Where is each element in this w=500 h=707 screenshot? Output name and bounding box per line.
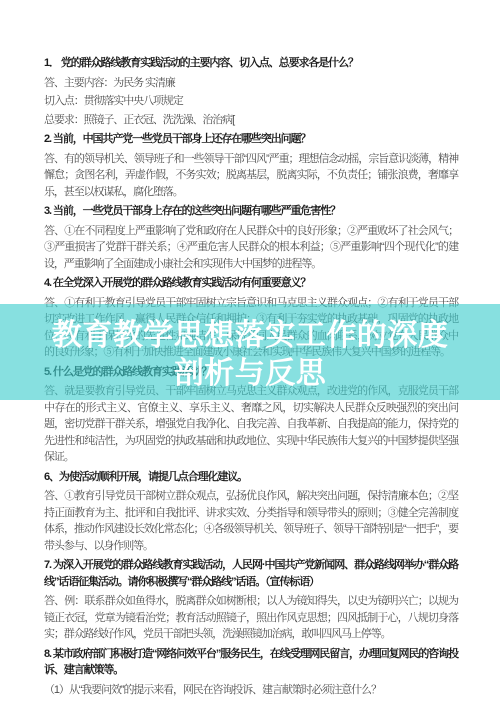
qa-block-4: 4. 在全党深入开展党的群众路线教育实践活动有何重要意义？ 答、①有利于教育引导…	[44, 275, 458, 361]
answer-5: 答、就是要教育引导党员、干部牢固树立马克思主义群众观点，改进党的作风，克服党员干…	[44, 383, 458, 466]
answer-1-line-3: 总要求：照镜子、正衣冠、洗洗澡、治治病[	[44, 112, 458, 129]
answer-4: 答、①有利于教育引导党员干部牢固树立宗旨意识和马克思主义群众观点；②有利于党员干…	[44, 295, 458, 361]
qa-block-1: 1． 党的群众路线教育实践活动的主要内容、切入点、总要求各是什么？ 答、主要内容…	[44, 55, 458, 128]
answer-6: 答、①教育引导党员干部树立群众观点，弘扬优良作风，解决突出问题，保持清廉本色；②…	[44, 488, 458, 554]
qa-block-8: 8. 某市政府部门积极打造“网络问效平台”服务民生，在线受理网民留言，办理回复网…	[44, 646, 458, 699]
answer-2: 答、有的领导机关、领导班子和一些领导干部“四风”严重；理想信念动摇，宗旨意识淡薄…	[44, 151, 458, 201]
question-3: 3. 当前，一些党员干部身上存在的这些突出问题有哪些严重危害性？	[44, 203, 458, 220]
qa-block-2: 2. 当前，中国共产党一些党员干部身上还存在哪些突出问题？ 答、有的领导机关、领…	[44, 131, 458, 200]
question-5: 5. 什么是党的群众路线教育实践活动？	[44, 364, 458, 381]
qa-block-3: 3. 当前，一些党员干部身上存在的这些突出问题有哪些严重危害性？ 答、①在不同程…	[44, 203, 458, 272]
qa-block-7: 7. 为深入开展党的群众路线教育实践活动，人民网·中国共产党新闻网、群众路线网举…	[44, 557, 458, 643]
question-1: 1． 党的群众路线教育实践活动的主要内容、切入点、总要求各是什么？	[44, 55, 458, 72]
question-2: 2. 当前，中国共产党一些党员干部身上还存在哪些突出问题？	[44, 131, 458, 148]
question-8: 8. 某市政府部门积极打造“网络问效平台”服务民生，在线受理网民留言，办理回复网…	[44, 646, 458, 679]
qa-block-5: 5. 什么是党的群众路线教育实践活动？ 答、就是要教育引导党员、干部牢固树立马克…	[44, 364, 458, 466]
question-4: 4. 在全党深入开展党的群众路线教育实践活动有何重要意义？	[44, 275, 458, 292]
qa-document: 1． 党的群众路线教育实践活动的主要内容、切入点、总要求各是什么？ 答、主要内容…	[44, 52, 458, 698]
answer-7: 答、例：联系群众如鱼得水，脱离群众如树断根；以人为镜知得失，以史为镜明兴亡；以规…	[44, 593, 458, 643]
sub-question-8-1: （1）从“我要问效”的提示来看，网民在咨询投诉、建言献策时必须注意什么？	[44, 682, 458, 699]
question-6: 6、为使活动顺利开展，请提几点合理化建议。	[44, 469, 458, 486]
answer-3: 答、①在不同程度上严重影响了党和政府在人民群众中的良好形象；②严重败坏了社会风气…	[44, 223, 458, 273]
answer-1-line-2: 切入点：贯彻落实中央八项规定	[44, 93, 458, 110]
question-7: 7. 为深入开展党的群众路线教育实践活动，人民网·中国共产党新闻网、群众路线网举…	[44, 557, 458, 590]
document-page: 1． 党的群众路线教育实践活动的主要内容、切入点、总要求各是什么？ 答、主要内容…	[0, 0, 500, 707]
answer-1-line-1: 答、主要内容：为民务 实清廉	[44, 75, 458, 92]
qa-block-6: 6、为使活动顺利开展，请提几点合理化建议。 答、①教育引导党员干部树立群众观点，…	[44, 469, 458, 555]
